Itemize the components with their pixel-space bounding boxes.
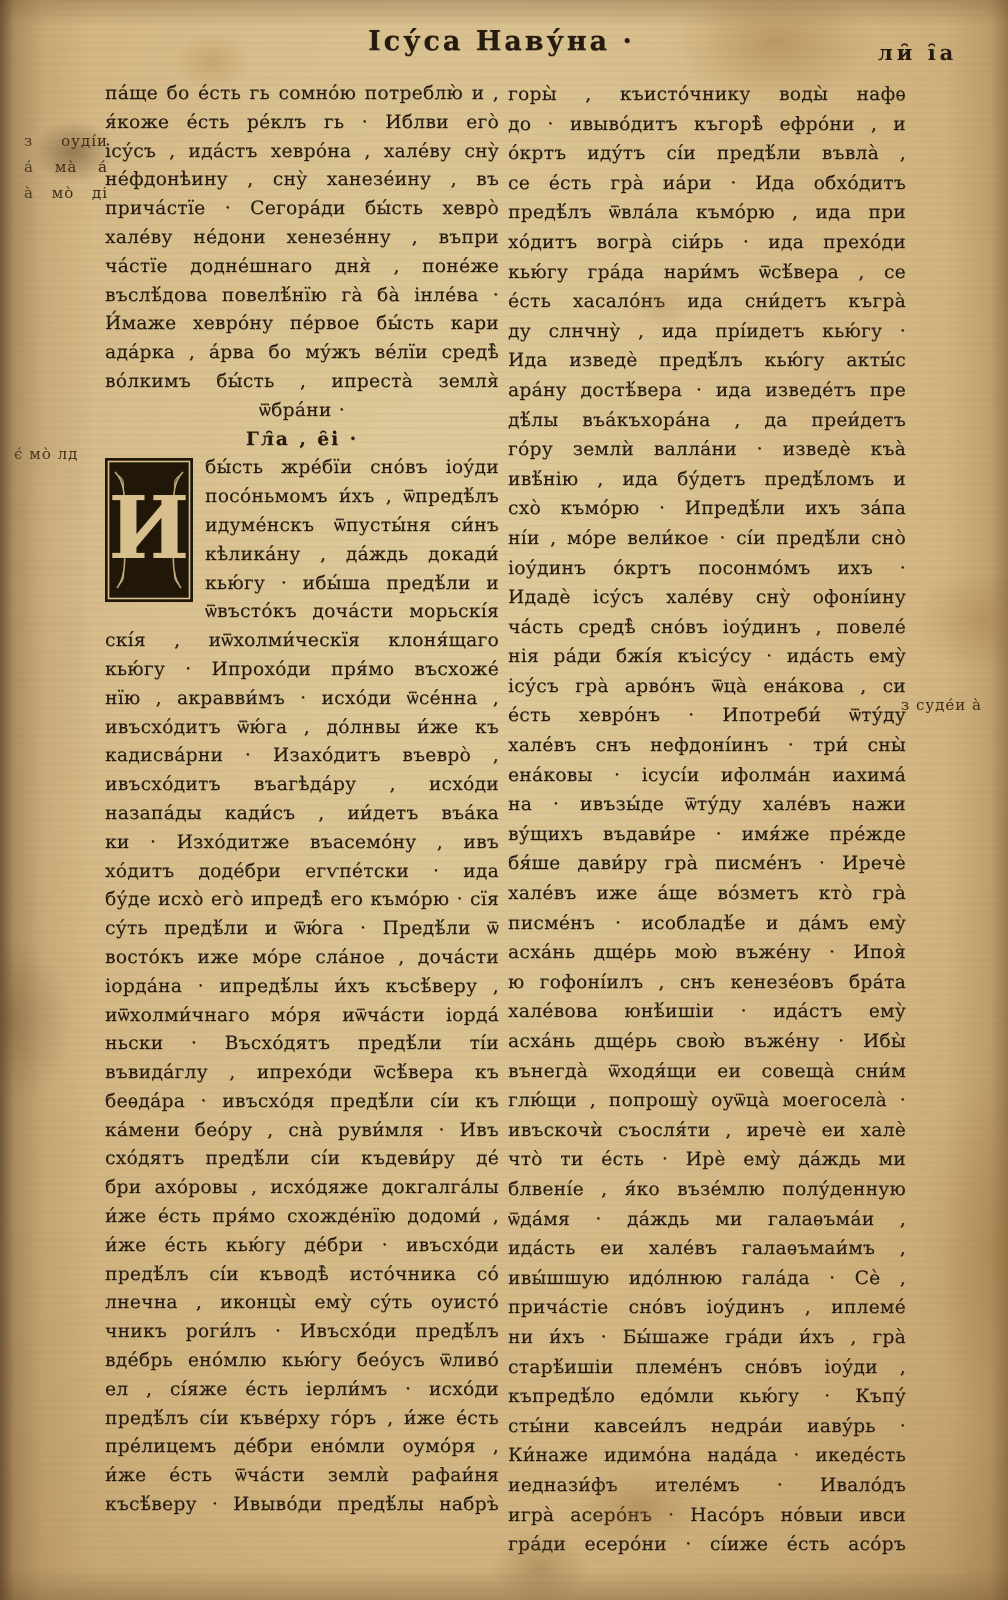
- text-line: ісу́съ гра̀ арво́нъ ѿца̀ ена́кова , си: [508, 672, 906, 702]
- text-line: го́ру землѝ валла́ни · изведѐ къа̀: [508, 435, 906, 465]
- text-line: з оуді́и: [24, 128, 108, 154]
- paragraph-verse: па́ще бо е́сть гь сомно́ю потреблю̀ и ,я…: [105, 80, 499, 397]
- text-line: ю гофоні́илъ , снъ кенезе́овъ бра́та: [508, 968, 906, 998]
- text-line: ки · Изхо́дитже въасемо́ну , ивъ: [105, 829, 499, 858]
- text-line: ѿда́мя · да́ждь ми галаѳъма́и ,: [508, 1205, 906, 1235]
- text-line: на · ивъзы́де ѿту́ду хале́въ нажи: [508, 790, 906, 820]
- text-line: су́ть предѣ́ли и ѿю́га · Предѣ́ли ѿ: [105, 915, 499, 944]
- text-line: ча́сть средѣ̀ сно́въ іоу́динъ , повеле́: [508, 613, 906, 643]
- text-line: ивъскочѝ съосля́ти , иречѐ еи халѐ: [508, 1116, 906, 1146]
- text-line: късѣ́веру · Ивыво́ди предѣ́лы набръ̀: [105, 1491, 499, 1520]
- text-line: вънегда̀ ѿходя́щи еи совеща̀ сни́м: [508, 1057, 906, 1087]
- chapter-heading: Гл̑а , е̑і ·: [105, 426, 499, 455]
- text-line: блвені́е , я́ко възе́млю полу́денную: [508, 1175, 906, 1205]
- text-line: Идадѐ ісу́съ хале́ву сну̀ офоні́ину: [508, 583, 906, 613]
- text-line: е́сть хасало́нъ ида сни́детъ къгра̀: [508, 287, 906, 317]
- text-line: а́ ма̀ а́: [24, 154, 108, 180]
- text-line: ву́щихъ въдави́ре · имя́же пре́жде: [508, 820, 906, 850]
- text-line: и́же е́сть кью́гу де́бри · ивъсхо́ди: [105, 1232, 499, 1261]
- text-line: асха́нь дще́рь мою̀ въже́ну · Ипоя̀: [508, 938, 906, 968]
- text-line: и́же е́сть ѿча́сти землѝ рафаи́ня: [105, 1462, 499, 1491]
- text-line: нїю , акравви́мъ · исхо́ди ѿсе́нна ,: [105, 685, 499, 714]
- text-line: ивъсхо́дитъ ѿю́га , до́лнвы и́же къ: [105, 714, 499, 743]
- text-line: до · ивыво́дитъ къгорѣ̀ ефро́ни , и: [508, 110, 906, 140]
- text-line: ивы́шшую идо́лнюю гала́да · Сѐ ,: [508, 1264, 906, 1294]
- svg-text:И: И: [108, 478, 190, 579]
- text-line: кью́гу · Ипрохо́ди пря́мо въсхоже́: [105, 656, 499, 685]
- text-line: иеднази́фъ ителе́мъ · Ивало́дъ: [508, 1471, 906, 1501]
- text-line: и́же е́сть пря́мо схожде́нїю додоми́ ,: [105, 1203, 499, 1232]
- text-line: иѿхолми́чнаго мо́ря иѿча́сти іорда́: [105, 1002, 499, 1031]
- text-line: ісу́съ , ида́стъ хевро́на , хале́ву сну̀: [105, 138, 499, 167]
- text-line: хо́дитъ вогра̀ сіи́рь · ида прехо́ди: [508, 228, 906, 258]
- text-line: па́ще бо е́сть гь сомно́ю потреблю̀ и ,: [105, 80, 499, 109]
- text-line: назапа́ды кади́съ , ии́детъ въа́ка: [105, 800, 499, 829]
- decorated-initial-letter: И: [105, 458, 193, 602]
- margin-note-left-mid: є́ мо̀ лд: [14, 441, 110, 467]
- text-line: посо́ньмомъ и́хъ , ѿпредѣ́лъ: [205, 483, 499, 512]
- text-line: кадисва́рни · Изахо́дитъ въевро̀ ,: [105, 742, 499, 771]
- margin-note-right: з суде́и а̀: [901, 692, 1001, 718]
- paragraph-chapter15-lines: бы́сть жре́бїи сно́въ іоу́дипосо́ньмомъ …: [105, 454, 499, 1519]
- text-line: хале́вова юнѣ́ишіи · ида́стъ ему̀: [508, 997, 906, 1027]
- text-line: ада́рка , а́рва бо му́жъ ве́лїи средѣ̀: [105, 339, 499, 368]
- text-line: горы̀ , къисто́чнику воды̀ нафѳ: [508, 80, 906, 110]
- text-line: хале́ву не́дони хенезе́нну , въпри: [105, 224, 499, 253]
- paragraph-end-line: ѿбра́ни ·: [105, 397, 499, 426]
- text-line: писме́нъ · исобладѣ́е и да́мъ ему̀: [508, 909, 906, 939]
- text-line: лнечна , иконцы̀ ему̀ су́ть оуисто́: [105, 1289, 499, 1318]
- text-line: сты́ни кавсеи́лъ недра́и иаву́рь ·: [508, 1412, 906, 1442]
- text-line: идуме́нскъ ѿпусты́ня си́нъ: [205, 512, 499, 541]
- text-line: бы́сть жре́бїи сно́въ іоу́ди: [205, 454, 499, 483]
- margin-note-left-top: з оуді́иа́ ма̀ а́а̀ мо̀ ді: [24, 128, 108, 206]
- text-line: И́маже хевро́ну пе́рвое бы́сть кари: [105, 310, 499, 339]
- paragraph-chapter15: И бы́сть жре́бїи сно́въ іоу́дипосо́ньмом…: [105, 454, 499, 1519]
- text-line: іорда́на · ипредѣ́лы и́хъ късѣ́веру ,: [105, 973, 499, 1002]
- text-line: ивъсхо́дитъ въагѣда́ру , исхо́ди: [105, 771, 499, 800]
- text-line: предѣ́лъ ѿвла́ла къмо́рю , ида при: [508, 198, 906, 228]
- text-line: кью́гу гра́да нари́мъ ѿсѣ́вера , се: [508, 258, 906, 288]
- text-line: восто́къ иже мо́ре сла́ное , доча́сти: [105, 944, 499, 973]
- text-line: не́фдонѣину , сну̀ ханезе́ину , въ: [105, 166, 499, 195]
- text-line: Ида изведѐ предѣ́лъ кью́гу акты́с: [508, 346, 906, 376]
- text-line: ча́стїе додне́шнаго дня̀ , поне́же: [105, 253, 499, 282]
- text-line: я́коже е́сть ре́клъ гь · Иблви его̀: [105, 109, 499, 138]
- text-line: кѣлика́ну , да́ждь докади́: [205, 541, 499, 570]
- text-line: въвида́глу , ипрехо́ди ѿсѣ́вера къ: [105, 1059, 499, 1088]
- text-line: Ки́наже идимо́на нада́да · икеде́сть: [508, 1441, 906, 1471]
- text-line: предѣ́лъ сі́и къве́рху го́ръ , и́же е́ст…: [105, 1405, 499, 1434]
- text-line: скі́я , иѿхолми́ческїя клоня́щаго: [105, 627, 499, 656]
- text-line: кью́гу · ибы́ша предѣ́ли и: [205, 570, 499, 599]
- text-line: ньски · Въсхо́дятъ предѣ́ли ті́и: [105, 1030, 499, 1059]
- text-line: къпредѣ́ло едо́мли кью́гу · Къпу́: [508, 1382, 906, 1412]
- text-line: ні́и , мо́ре вели́кое · сі́и предѣ́ли сн…: [508, 524, 906, 554]
- text-column-right: горы̀ , къисто́чнику воды̀ нафѳдо · ивыв…: [508, 80, 906, 1560]
- text-line: схо́дятъ предѣ́ли сі́и къдеви́ру де́: [105, 1145, 499, 1174]
- text-column-left: па́ще бо е́сть гь сомно́ю потреблю̀ и ,я…: [105, 80, 499, 1520]
- text-line: ара́ну достѣ́вера · ида изведе́тъ пре: [508, 376, 906, 406]
- text-line: ена́ковы · ісусі́и ифолма́н иахима́: [508, 761, 906, 791]
- text-line: пре́лицемъ де́бри ено́мли оумо́ря ,: [105, 1433, 499, 1462]
- text-line: чникъ роги́лъ · Ивъсхо́ди предѣ́лъ: [105, 1318, 499, 1347]
- text-line: игра̀ асеро́нъ · Насо́ръ но́выи ивси: [508, 1501, 906, 1531]
- paragraph-continued: горы̀ , къисто́чнику воды̀ нафѳдо · ивыв…: [508, 80, 906, 1560]
- text-line: въслѣ́дова повелѣ́нїю га̀ ба̀ інле́ва ·: [105, 282, 499, 311]
- manuscript-page: Ісу́са Наву́на · ли̑ і̑а з оуді́иа́ ма̀ …: [0, 0, 1008, 1600]
- text-line: хале́въ иже а́ще во́зметъ кто̀ гра̀: [508, 879, 906, 909]
- text-line: асха́нь дще́рь свою̀ въже́ну · Ибы̀: [508, 1027, 906, 1057]
- text-line: е́сть хевро́нъ · Ипотреби́ ѿту́ду: [508, 701, 906, 731]
- text-line: о́кртъ иду́тъ сі́и предѣ́ли въвла̀ ,: [508, 139, 906, 169]
- text-line: во́лкимъ бы́сть , ипреста̀ земля̀: [105, 368, 499, 397]
- text-line: іоу́динъ о́кртъ посонмо́мъ ихъ ·: [508, 554, 906, 584]
- text-line: прича́стіе сно́въ іоу́динъ , иплеме́: [508, 1293, 906, 1323]
- text-line: хо́дитъ доде́бри егѵпе́тски · ида: [105, 858, 499, 887]
- text-line: ни и́хъ · Бы́шаже гра́ди и́хъ , гра̀: [508, 1323, 906, 1353]
- folio-number: ли̑ і̑а: [878, 40, 957, 65]
- text-line: бу́де исхо̀ его̀ ипредѣ̀ его къмо́рю · с…: [105, 886, 499, 915]
- text-line: схо̀ къмо́рю · Ипредѣ́ли ихъ за́па: [508, 494, 906, 524]
- text-line: ка́мени бео́ру , сна̀ руви́мля · Ивъ: [105, 1117, 499, 1146]
- text-line: се е́сть гра̀ иа́ри · Ида обхо́дитъ: [508, 169, 906, 199]
- text-line: ду слнчну̀ , ида прі́идетъ кью́гу ·: [508, 317, 906, 347]
- text-line: бя́ше дави́ру гра̀ писме́нъ · Иречѐ: [508, 849, 906, 879]
- running-title: Ісу́са Наву́на ·: [368, 26, 635, 57]
- text-line: ида́сть еи хале́въ галаѳъмаи́мъ ,: [508, 1234, 906, 1264]
- text-line: старѣ́ишіи племе́нъ сно́въ іоу́ди ,: [508, 1353, 906, 1383]
- text-line: беѳда́ра · ивъсхо́дя предѣ́ли сі́и къ: [105, 1088, 499, 1117]
- text-line: нія ра́ди бжі́я къісу́су · ида́сть ему̀: [508, 642, 906, 672]
- text-line: глю́щи , попрошу̀ оуѿца̀ моегосела̀ ·: [508, 1086, 906, 1116]
- text-line: что̀ ти е́сть · Ирѐ ему̀ да́ждь ми: [508, 1145, 906, 1175]
- text-line: бри ахо́ровы , исхо́дяже докгалга́лы: [105, 1174, 499, 1203]
- text-line: предѣ́лъ сі́и къводѣ̀ исто́чника со́: [105, 1261, 499, 1290]
- text-line: а̀ мо̀ ді: [24, 180, 108, 206]
- text-line: ивѣ́нію , ида бу́детъ предѣ́ломъ и: [508, 465, 906, 495]
- text-line: хале́въ снъ нефдоні́инъ · три́ сны̀: [508, 731, 906, 761]
- text-line: прича́стїе · Сегора́ди бы́сть хевро̀: [105, 195, 499, 224]
- text-line: вде́брь ено́млю кью́гу бео́усъ ѿливо́: [105, 1347, 499, 1376]
- text-line: гра́ди есеро́ни · сі́иже е́сть асо́ръ: [508, 1530, 906, 1560]
- text-line: ѿвъсто́къ доча́сти морьскі́я илукі́и: [205, 598, 499, 627]
- text-line: дѣ́лы въа́къхора́на , да преи́детъ: [508, 406, 906, 436]
- text-line: ел , сі́яже е́сть іерли́мъ · исхо́ди: [105, 1376, 499, 1405]
